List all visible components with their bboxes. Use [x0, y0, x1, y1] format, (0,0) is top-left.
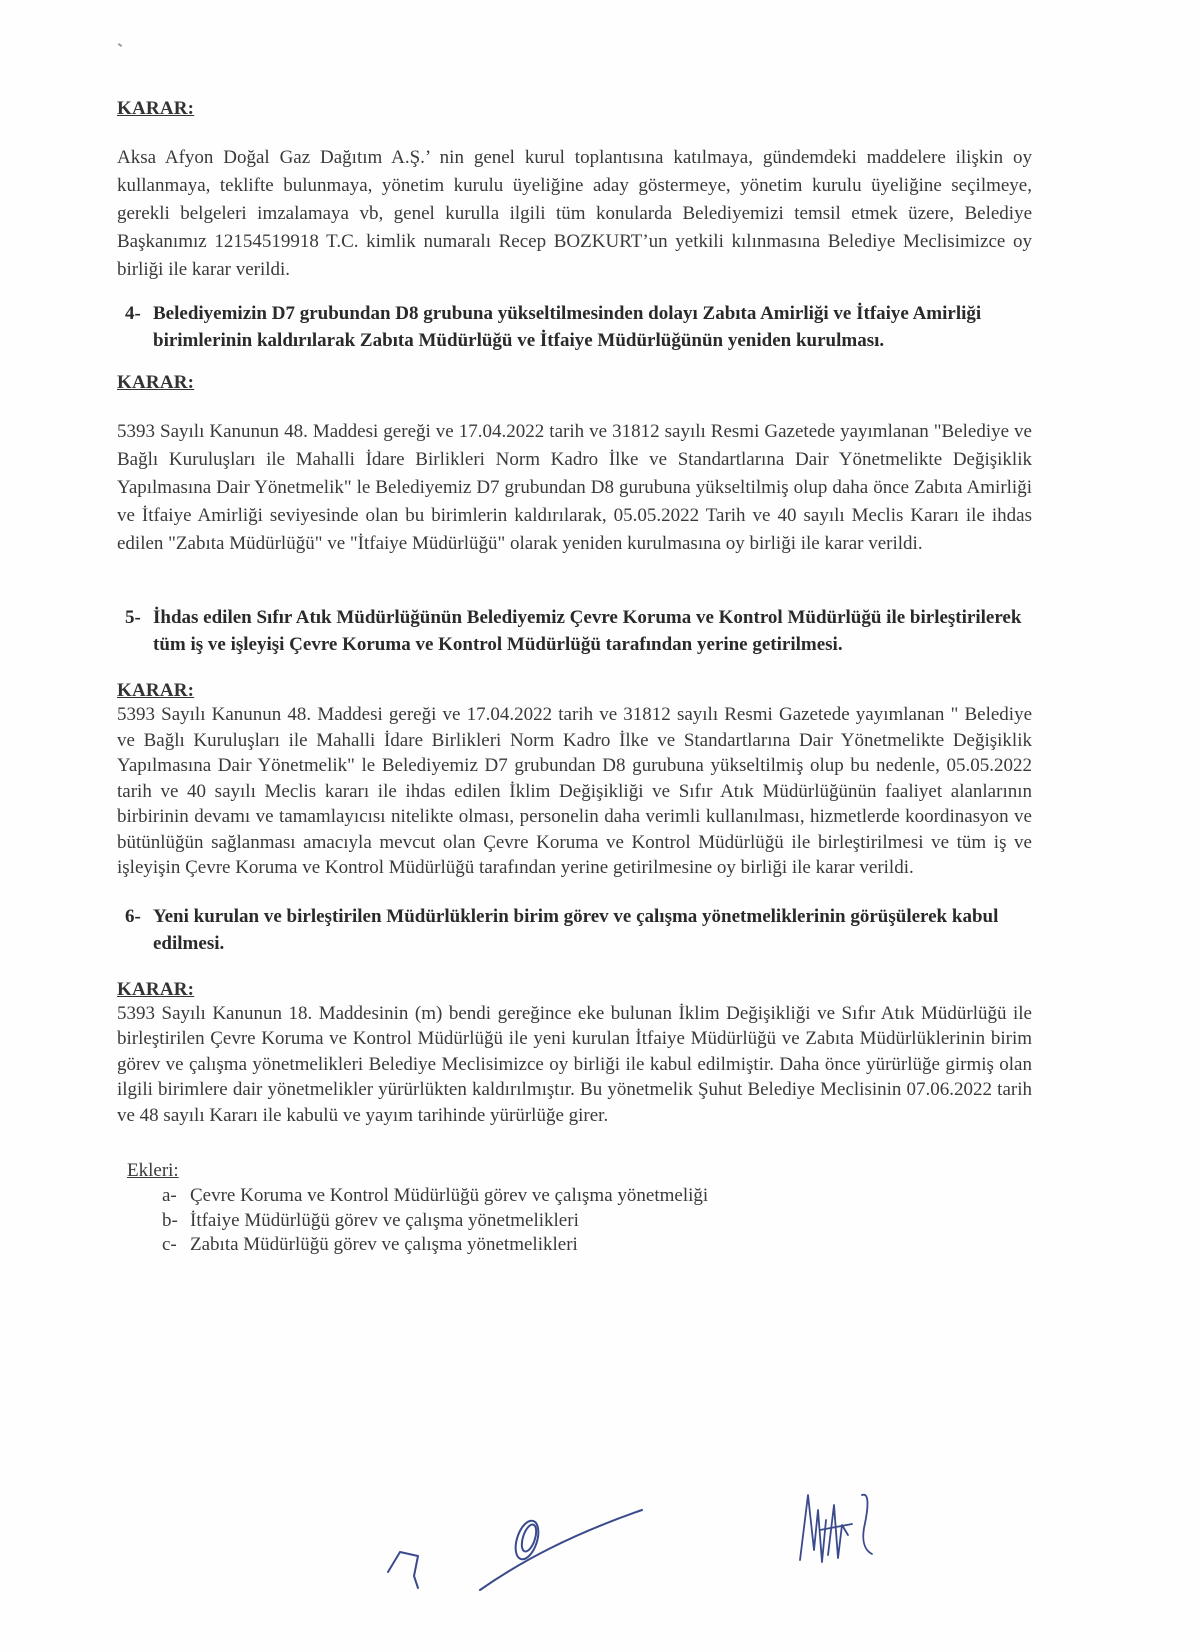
- karar-heading: KARAR:: [117, 680, 1032, 702]
- karar-heading: KARAR:: [117, 372, 1032, 394]
- agenda-item-title: 5- İhdas edilen Sıfır Atık Müdürlüğünün …: [125, 604, 1032, 658]
- attachment-item: c- Zabıta Müdürlüğü görev ve çalışma yön…: [162, 1233, 1032, 1258]
- karar-text: 5393 Sayılı Kanunun 48. Maddesi gereği v…: [117, 702, 1032, 881]
- attachment-label: a-: [162, 1184, 190, 1209]
- signature-2-icon: [790, 1480, 930, 1590]
- attachment-text: Çevre Koruma ve Kontrol Müdürlüğü görev …: [190, 1184, 708, 1209]
- karar-heading: KARAR:: [117, 979, 1032, 1001]
- attachment-item: b- İtfaiye Müdürlüğü görev ve çalışma yö…: [162, 1209, 1032, 1234]
- agenda-item-text: Yeni kurulan ve birleştirilen Müdürlükle…: [153, 903, 1032, 957]
- agenda-item-4: 4- Belediyemizin D7 grubundan D8 grubuna…: [117, 300, 1032, 558]
- karar-section-3: KARAR: Aksa Afyon Doğal Gaz Dağıtım A.Ş.…: [117, 98, 1032, 284]
- agenda-item-text: Belediyemizin D7 grubundan D8 grubuna yü…: [153, 300, 1032, 354]
- document-body: KARAR: Aksa Afyon Doğal Gaz Dağıtım A.Ş.…: [117, 98, 1032, 1258]
- attachment-label: b-: [162, 1209, 190, 1234]
- attachment-text: Zabıta Müdürlüğü görev ve çalışma yönetm…: [190, 1233, 578, 1258]
- agenda-item-5: 5- İhdas edilen Sıfır Atık Müdürlüğünün …: [117, 604, 1032, 881]
- attachment-item: a- Çevre Koruma ve Kontrol Müdürlüğü gör…: [162, 1184, 1032, 1209]
- karar-text: 5393 Sayılı Kanunun 18. Maddesinin (m) b…: [117, 1001, 1032, 1129]
- attachment-label: c-: [162, 1233, 190, 1258]
- agenda-item-title: 4- Belediyemizin D7 grubundan D8 grubuna…: [125, 300, 1032, 354]
- agenda-item-text: İhdas edilen Sıfır Atık Müdürlüğünün Bel…: [153, 604, 1032, 658]
- attachments: Ekleri: a- Çevre Koruma ve Kontrol Müdür…: [117, 1160, 1032, 1258]
- signature-1-icon: [380, 1500, 680, 1630]
- agenda-item-6: 6- Yeni kurulan ve birleştirilen Müdürlü…: [117, 903, 1032, 1129]
- scanned-page: KARAR: Aksa Afyon Doğal Gaz Dağıtım A.Ş.…: [0, 0, 1200, 1652]
- agenda-item-number: 6-: [125, 903, 153, 957]
- karar-text: 5393 Sayılı Kanunun 48. Maddesi gereği v…: [117, 418, 1032, 558]
- karar-text: Aksa Afyon Doğal Gaz Dağıtım A.Ş.’ nin g…: [117, 144, 1032, 284]
- agenda-item-number: 5-: [125, 604, 153, 658]
- karar-heading: KARAR:: [117, 98, 1032, 120]
- attachment-text: İtfaiye Müdürlüğü görev ve çalışma yönet…: [190, 1209, 579, 1234]
- agenda-item-title: 6- Yeni kurulan ve birleştirilen Müdürlü…: [125, 903, 1032, 957]
- scan-artifact: [118, 43, 122, 47]
- agenda-item-number: 4-: [125, 300, 153, 354]
- attachments-title: Ekleri:: [127, 1160, 1032, 1182]
